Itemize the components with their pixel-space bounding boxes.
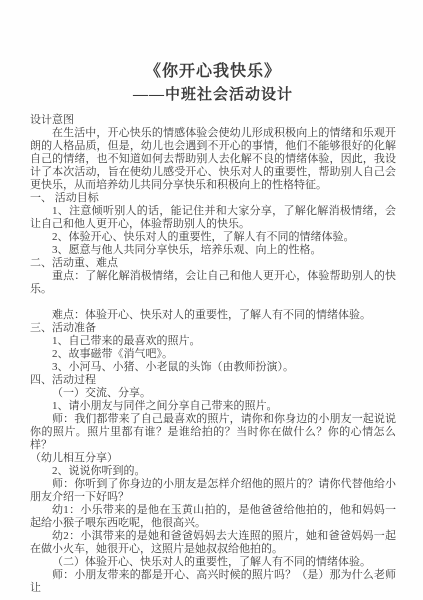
paragraph-teacher-line-2: 师：你听到了你身边的小朋友是怎样介绍他的照片的？请你代替他给小朋友介绍一下好吗？ xyxy=(30,478,396,504)
paragraph-goal-3: 3、愿意与他人共同分享快乐，培养乐观、向上的性格。 xyxy=(30,244,396,257)
doc-subtitle: ——中班社会活动设计 xyxy=(30,85,396,106)
paragraph-teacher-line-1: 师：我们都带来了自己最喜欢的照片，请你和你身边的小朋友一起说说你的照片。照片里都… xyxy=(30,413,396,452)
paragraph-step-1-item-2: 2、说说你听到的。 xyxy=(30,465,396,478)
paragraph-step-1-item-1: 1、请小朋友与同伴之间分享自己带来的照片。 xyxy=(30,400,396,413)
note-children-share: （幼儿相互分享） xyxy=(30,452,396,465)
paragraph-key-point: 重点：了解化解消极情绪，会让自己和他人更开心，体验帮助别人的快乐。 xyxy=(30,270,396,296)
paragraph-goal-1: 1、注意倾听别人的话，能记住并和大家分享，了解化解消极情绪，会让自己和他人更开心… xyxy=(30,205,396,231)
paragraph-prep-3: 3、小河马、小猪、小老鼠的头饰（由教师扮演）。 xyxy=(30,361,396,374)
doc-title: 《你开心我快乐》 xyxy=(30,60,396,83)
paragraph-child-2: 幼2：小淇带来的是她和爸爸妈妈去大连照的照片，她和爸爸妈妈一起在做小火车，她很开… xyxy=(30,530,396,556)
section-heading-goals: 一、 活动目标 xyxy=(30,192,396,205)
section-heading-key-points: 二、活动重、难点 xyxy=(30,257,396,270)
document-page: 《你开心我快乐》 ——中班社会活动设计 设计意图 在生活中，开心快乐的情感体验会… xyxy=(0,0,423,600)
paragraph-prep-2: 2、故事磁带《消气吧》。 xyxy=(30,348,396,361)
paragraph-step-1-title: （一）交流、分享。 xyxy=(30,387,396,400)
section-heading-process: 四、活动过程 xyxy=(30,374,396,387)
paragraph-goal-2: 2、体验开心、快乐对人的重要性，了解人有不同的情绪体验。 xyxy=(30,231,396,244)
section-heading-preparation: 三、活动准备 xyxy=(30,322,396,335)
doc-body: 设计意图 在生活中，开心快乐的情感体验会使幼儿形成积极向上的情绪和乐观开朗的人格… xyxy=(30,114,396,595)
paragraph-child-1: 幼1：小乐带来的是他在玉黄山拍的，是他爸爸给他拍的，他和妈妈一起给小猴子喂东西吃… xyxy=(30,504,396,530)
paragraph-difficult-point: 难点：体验开心、快乐对人的重要性，了解人有不同的情绪体验。 xyxy=(30,309,396,322)
paragraph-prep-1: 1、自己带来的最喜欢的照片。 xyxy=(30,335,396,348)
section-heading-design-intent: 设计意图 xyxy=(30,114,396,127)
paragraph-teacher-line-3: 师：小朋友带来的都是开心、高兴时候的照片吗？（是）那为什么老师让 xyxy=(30,569,396,595)
paragraph-design-intent: 在生活中，开心快乐的情感体验会使幼儿形成积极向上的情绪和乐观开朗的人格品质，但是… xyxy=(30,127,396,192)
paragraph-step-2-title: （二）体验开心、快乐对人的重要性，了解人有不同的情绪体验。 xyxy=(30,556,396,569)
